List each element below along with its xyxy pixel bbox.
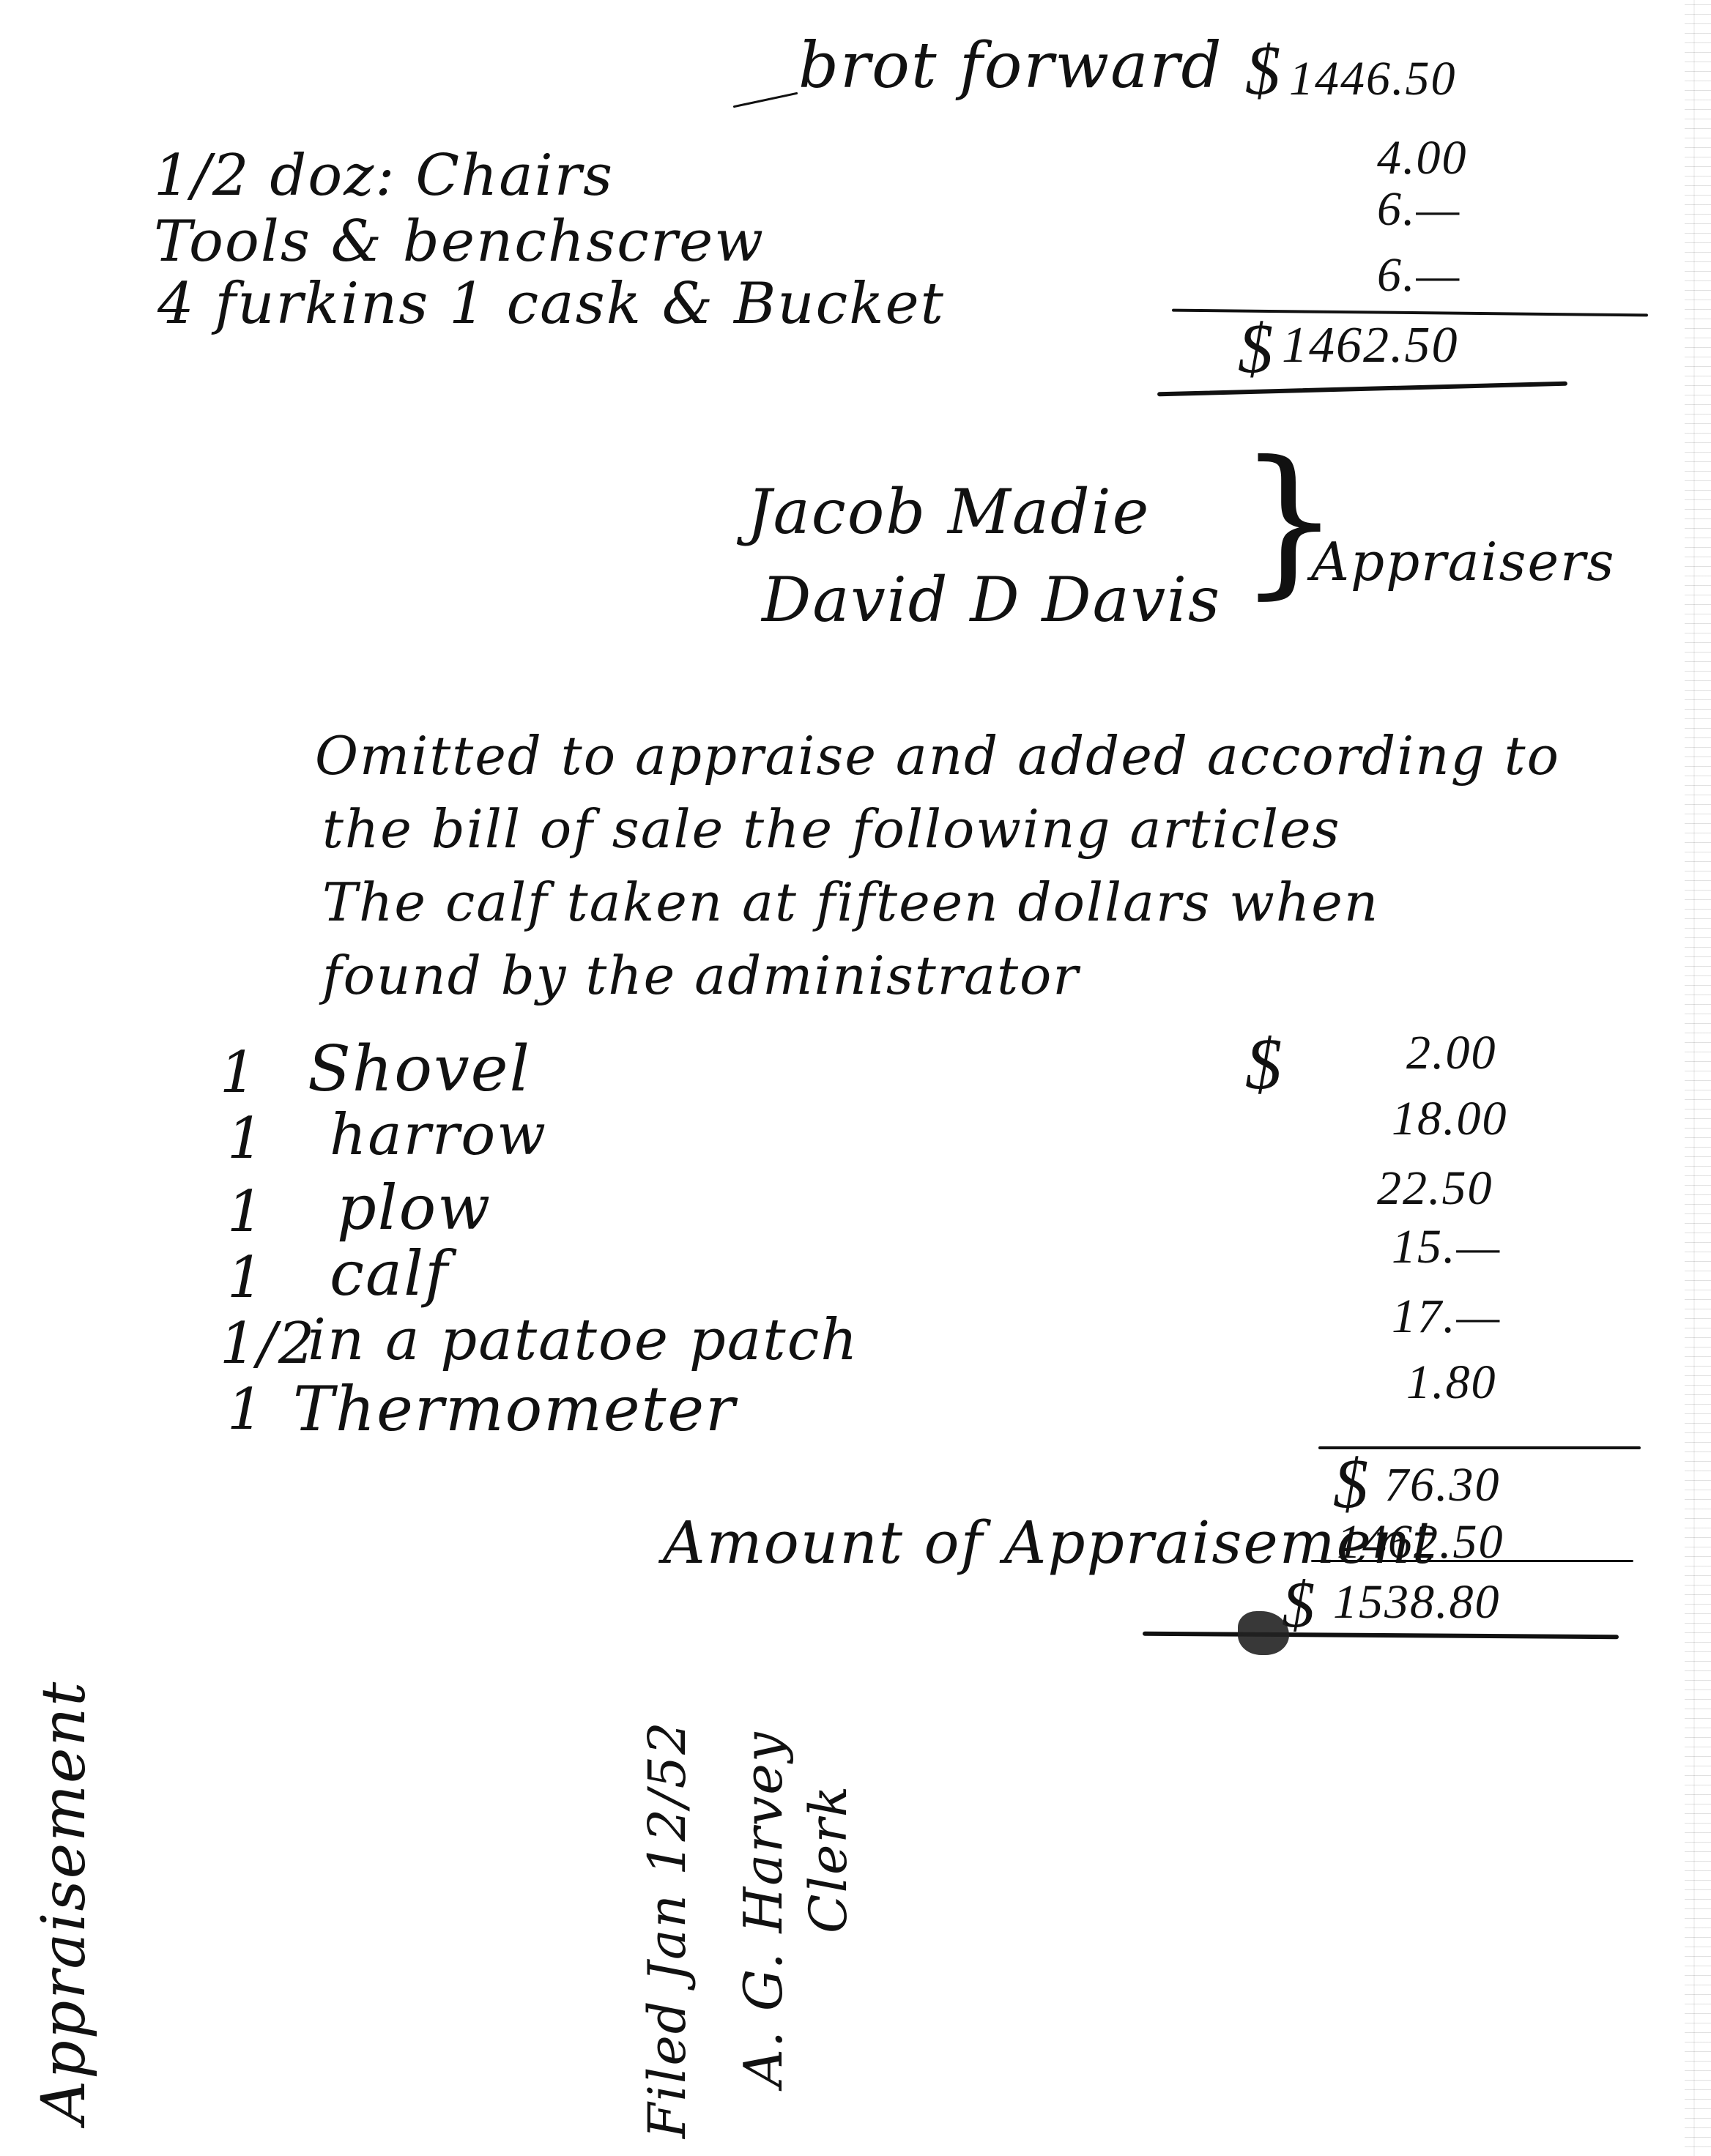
scan-edge-noise [1685,0,1711,2156]
added-item-harrow-amount: 18.00 [1392,1091,1508,1147]
amount-of-appraisement-label: Amount of Appraisement [663,1509,1437,1577]
added-item-shovel-amount: 2.00 [1406,1025,1497,1081]
item-firkins-amount: 6.— [1377,248,1461,303]
added-item-potato-patch: in a patatoe patch [308,1307,859,1373]
docket-clerk-name: A. G. Harvey [732,1731,794,2087]
subtotal-double-rule [1157,382,1567,397]
added-item-thermometer: Thermometer [293,1373,736,1445]
item-tools-amount: 6.— [1377,182,1461,237]
added-item-qty: 1 [227,1179,265,1245]
added-item-qty: 1 [227,1377,265,1443]
dollar-sign: $ [1245,1022,1282,1106]
dollar-sign: $ [1245,29,1280,111]
item-firkins: 4 furkins 1 cask & Bucket [157,271,945,337]
dollar-sign: $ [1238,308,1273,389]
note-line-1: Omitted to appraise and added according … [315,725,1560,787]
added-item-plow: plow [337,1172,491,1244]
added-item-qty: 1 [227,1106,265,1172]
grand-total-amount: 1538.80 [1333,1575,1501,1630]
grand-total-rule [1311,1560,1633,1562]
appraiser-name-1: Jacob Madie [747,476,1150,548]
flourish-line [733,92,798,108]
added-item-qty: 1 [227,1245,265,1311]
added-item-shovel: Shovel [308,1033,531,1106]
note-line-3: The calf taken at fifteen dollars when [322,871,1379,933]
added-item-plow-amount: 22.50 [1377,1161,1493,1216]
added-item-calf: calf [330,1238,449,1309]
document-page: brot forward $ 1446.50 1/2 doz: Chairs 4… [0,0,1711,2156]
appraisers-label: Appraisers [1311,531,1615,592]
brought-forward-amount: 1446.50 [1289,51,1457,107]
note-line-2: the bill of sale the following articles [322,798,1341,860]
added-item-calf-amount: 15.— [1392,1219,1501,1275]
note-line-4: found by the administrator [322,945,1080,1006]
added-item-harrow: harrow [330,1102,547,1168]
docket-filed-line: Filed Jan 12/52 [637,1720,697,2138]
subtotal-amount: 1462.50 [1282,316,1459,375]
appraiser-name-2: David D Davis [762,564,1221,636]
docket-appraisement: Appraisement [29,1681,99,2124]
added-item-thermometer-amount: 1.80 [1406,1355,1497,1410]
added-items-total: 76.30 [1384,1457,1501,1513]
added-item-potato-patch-amount: 17.— [1392,1289,1501,1345]
item-chairs: 1/2 doz: Chairs [154,143,614,209]
added-item-qty: 1/2 [220,1311,316,1377]
docket-clerk-title: Clerk [798,1785,858,1933]
item-chairs-amount: 4.00 [1377,130,1468,186]
brought-forward-label: brot forward [798,29,1223,103]
item-tools: Tools & benchscrew [154,209,765,275]
grand-total-underline [1143,1632,1619,1640]
added-item-qty: 1 [220,1040,258,1106]
